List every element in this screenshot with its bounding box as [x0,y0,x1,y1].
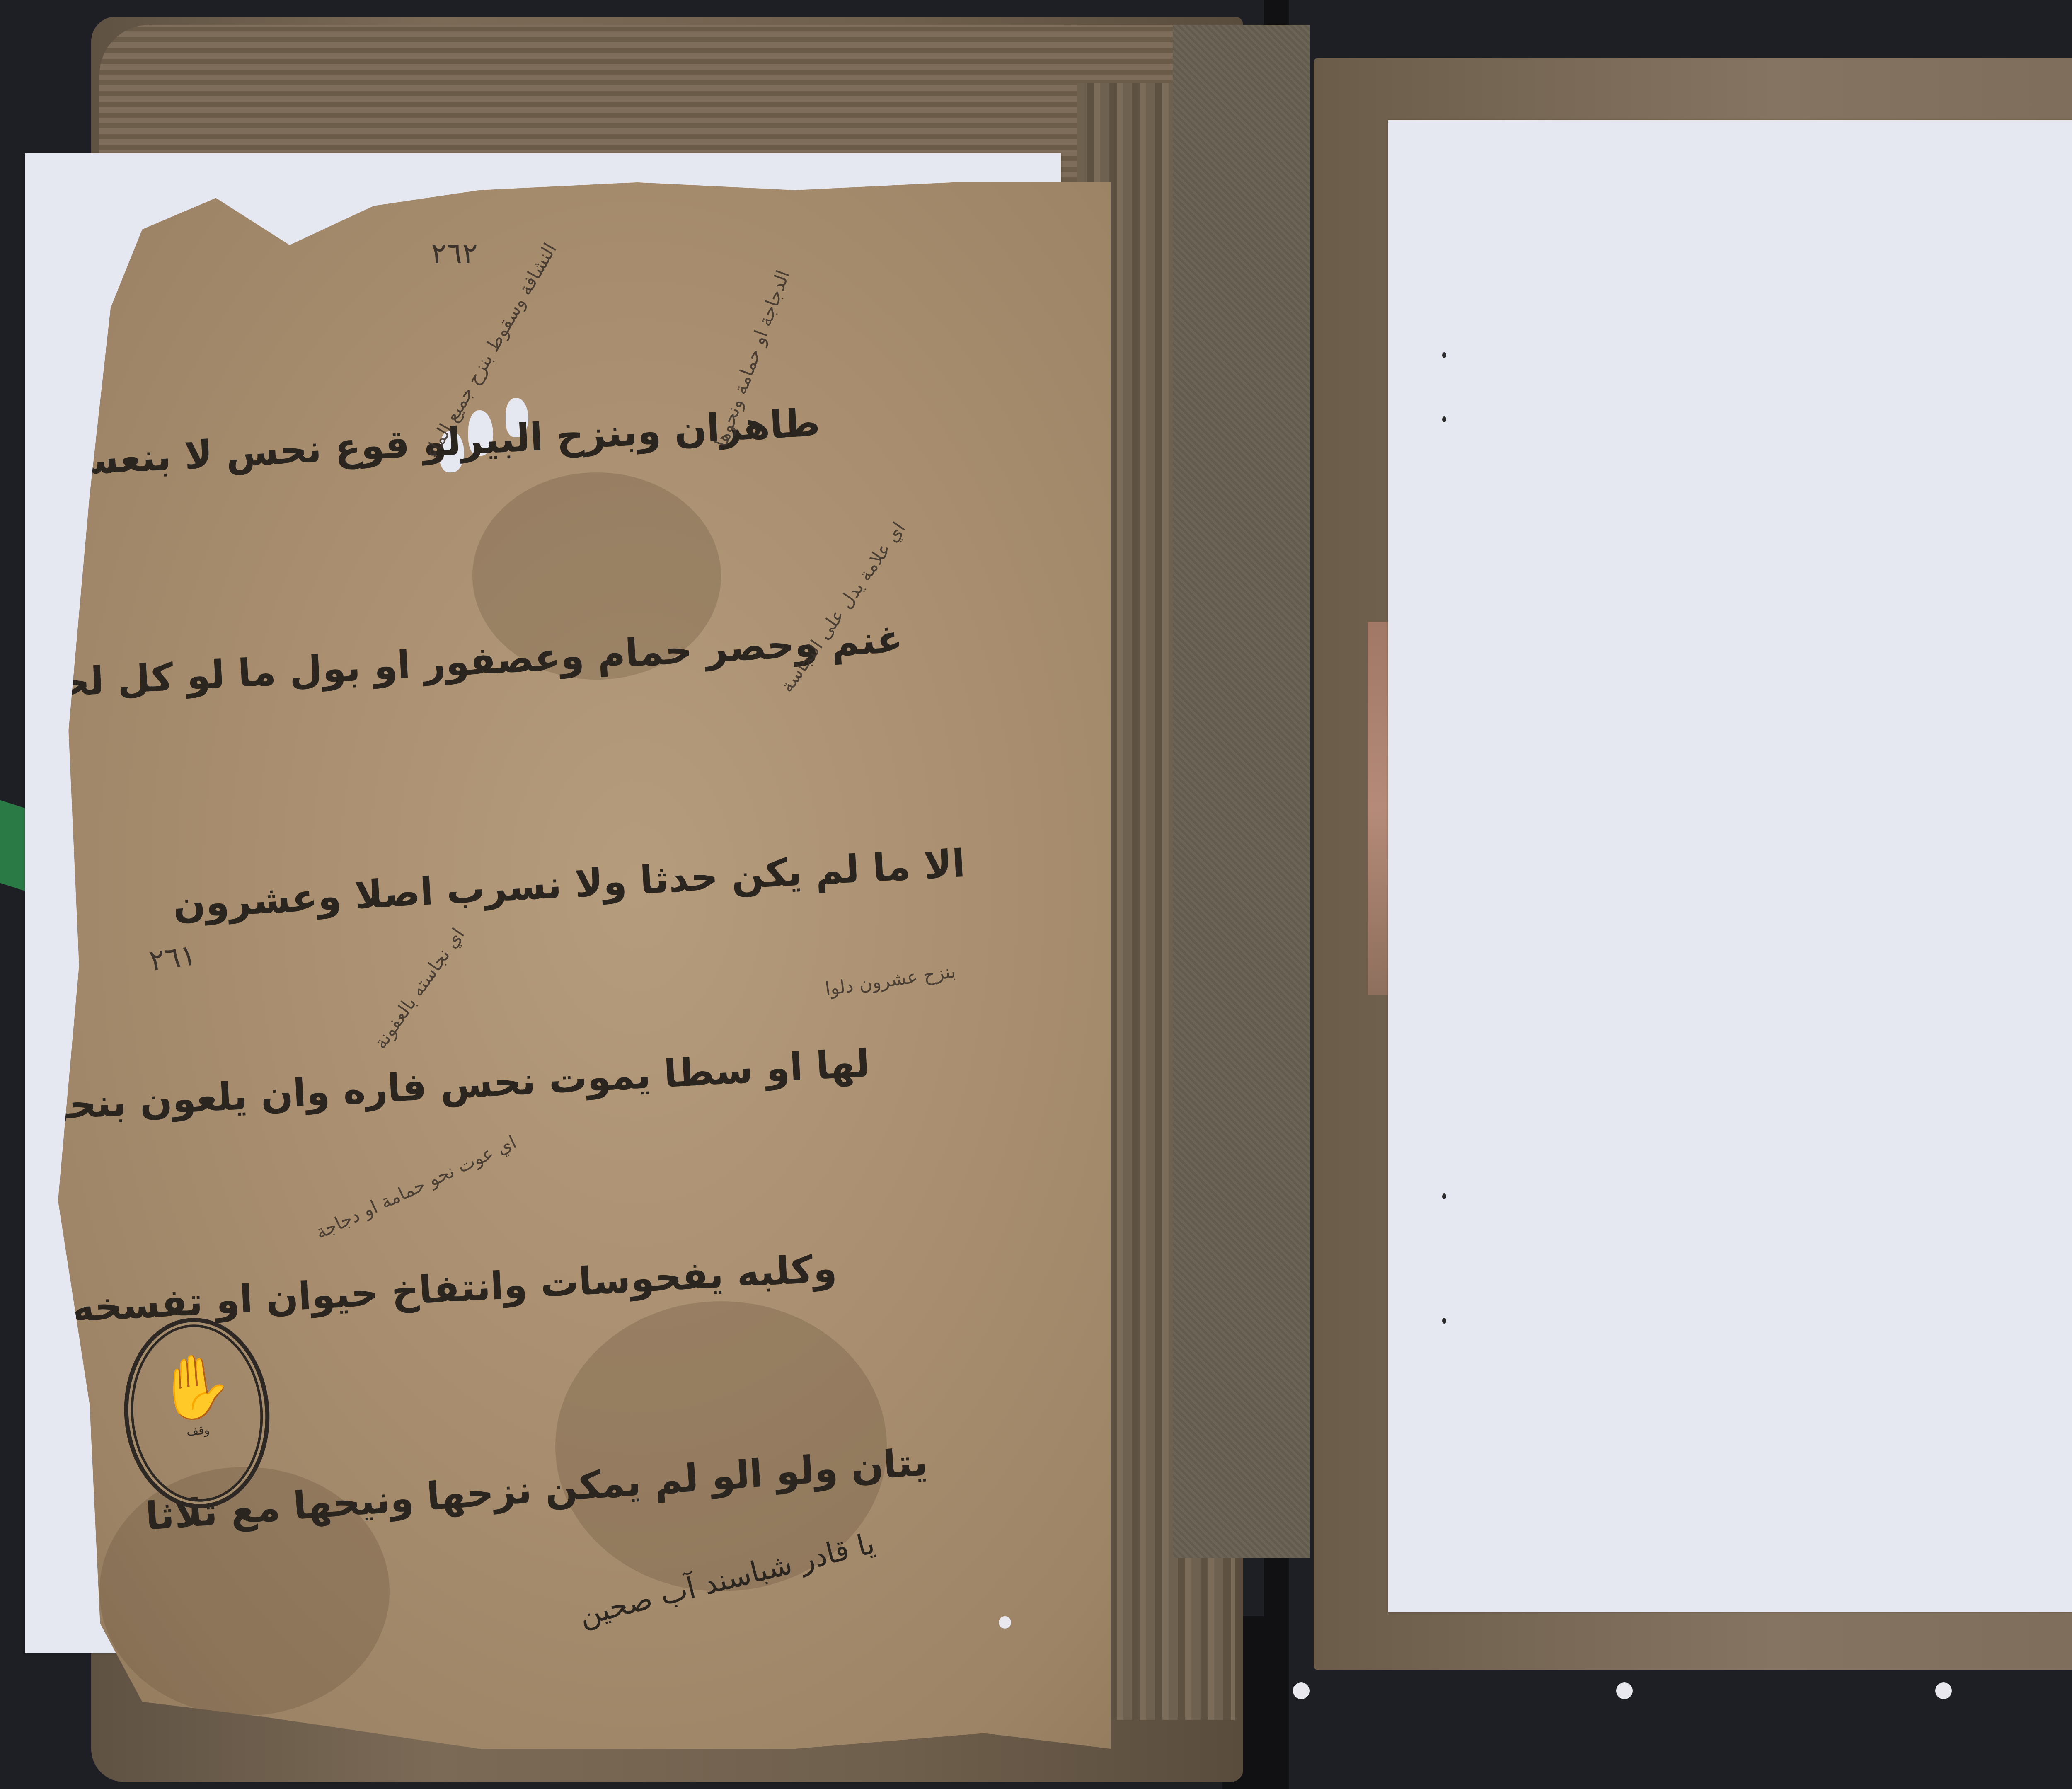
manuscript-photo: ٢٦٢ ٢٦١ طاهران وبنزح البيرلو قوع نحس لا … [0,0,2072,1789]
speck [1442,1193,1446,1199]
marginal-gloss: اي نجاسته بالعفونة [370,924,469,1053]
speck [1442,352,1446,358]
speck [1442,1318,1446,1324]
main-text-line-2: غنم وحصر حمام وعصفور او بول ما لو كل لحم… [0,617,904,712]
folio-number-top: ٢٦٢ [431,236,478,270]
white-dot [1616,1682,1633,1699]
white-dot [1935,1682,1952,1699]
main-text-line-3: الا ما لم يكن حدثا ولا نسرب اصلا وعشرون [172,841,966,927]
marginal-gloss: اي عوت نحو حمامة او دجاجة [312,1132,520,1243]
khamsa-hand-icon: ✋ [124,1346,266,1429]
main-text-line-4: لها او سطا يموت نحس فاره وان يلعون بنحو … [0,1041,871,1133]
white-dot [999,1616,1011,1629]
right-blank-sheet [1388,120,2072,1612]
manuscript-page: ٢٦٢ ٢٦١ طاهران وبنزح البيرلو قوع نحس لا … [58,182,1111,1749]
spine-cloth [1173,25,1310,1558]
main-text-line-1: طاهران وبنزح البيرلو قوع نحس لا بنعس ما … [0,400,821,489]
folio-number-margin: ٢٦١ [147,938,198,978]
white-dot [1293,1682,1310,1699]
marginal-gloss: بنزح عشرون دلوا [824,961,957,1000]
speck [1442,416,1446,422]
marginal-gloss: اي علامة يدل على النجاسة [776,518,910,696]
